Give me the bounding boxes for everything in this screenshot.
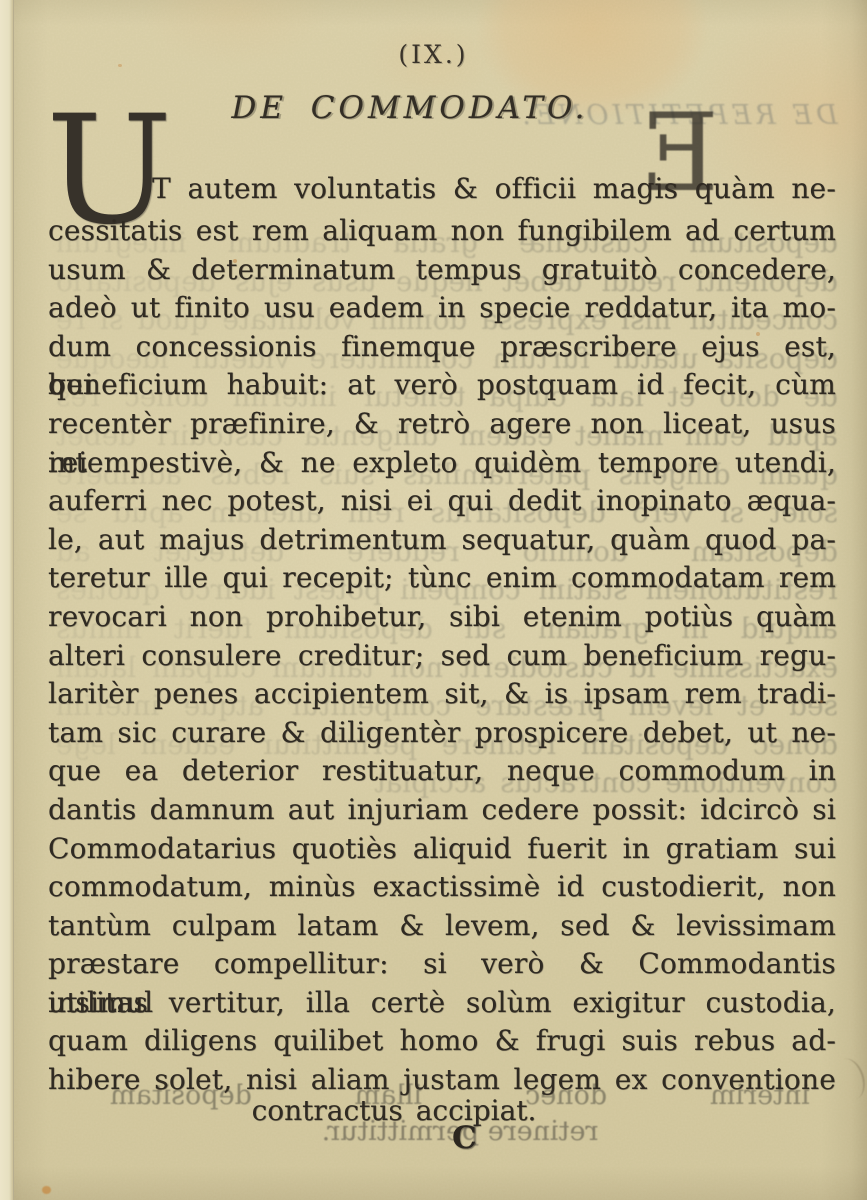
ink-speck xyxy=(233,259,237,263)
body-first-line: T autem voluntatis & officii magis quàm … xyxy=(152,170,836,209)
body-line: commodatum, minùs exactissimè id custodi… xyxy=(48,868,836,907)
closing-line: contractus accipiat. xyxy=(0,1094,788,1127)
page-left-edge xyxy=(0,0,14,1200)
body-line: utilitas vertitur, illa certè solùm exig… xyxy=(48,984,836,1023)
ink-speck xyxy=(756,332,760,336)
body-line: cessitatis est rem aliquam non fungibile… xyxy=(48,212,836,251)
body-line: le, aut majus detrimentum sequatur, quàm… xyxy=(48,521,836,560)
body-line: laritèr penes accipientem sit, & is ipsa… xyxy=(48,675,836,714)
body-line: Commodatarius quotiès aliquid fuerit in … xyxy=(48,830,836,869)
body-line: præstare compellitur: si verò & Commodan… xyxy=(48,945,836,984)
body-line: tam sic curare & diligentèr prospicere d… xyxy=(48,714,836,753)
body-line: auferri nec potest, nisi ei qui dedit in… xyxy=(48,482,836,521)
ink-speck xyxy=(42,1186,51,1194)
body-line: adeò ut finito usu eadem in specie redda… xyxy=(48,289,836,328)
body-line: que ea deterior restituatur, neque commo… xyxy=(48,752,836,791)
body-line: usum & determinatum tempus gratuitò conc… xyxy=(48,251,836,290)
body-line: tantùm culpam latam & levem, sed & levis… xyxy=(48,907,836,946)
body-line: teretur ille qui recepit; tùnc enim comm… xyxy=(48,559,836,598)
ink-speck xyxy=(820,700,823,703)
book-page: DE REPETITIONE. E depositum custodiæ gra… xyxy=(0,0,867,1200)
body-line: dantis damnum aut injuriam cedere possit… xyxy=(48,791,836,830)
body-line: quam diligens quilibet homo & frugi suis… xyxy=(48,1022,836,1061)
page-number: (IX.) xyxy=(0,40,867,69)
body-line: intempestivè, & ne expleto quidèm tempor… xyxy=(48,444,836,483)
body-line: revocari non prohibetur, sibi etenim pot… xyxy=(48,598,836,637)
ink-speck xyxy=(118,64,122,67)
body-line: alteri consulere creditur; sed cum benef… xyxy=(48,637,836,676)
body-line: dum concessionis finemque præscribere ej… xyxy=(48,328,836,367)
body-text: cessitatis est rem aliquam non fungibile… xyxy=(48,212,836,1100)
body-line: beneficium habuit: at verò postquam id f… xyxy=(48,366,836,405)
catchword: C xyxy=(452,1120,477,1156)
body-line: recentèr præfinire, & retrò agere non li… xyxy=(48,405,836,444)
